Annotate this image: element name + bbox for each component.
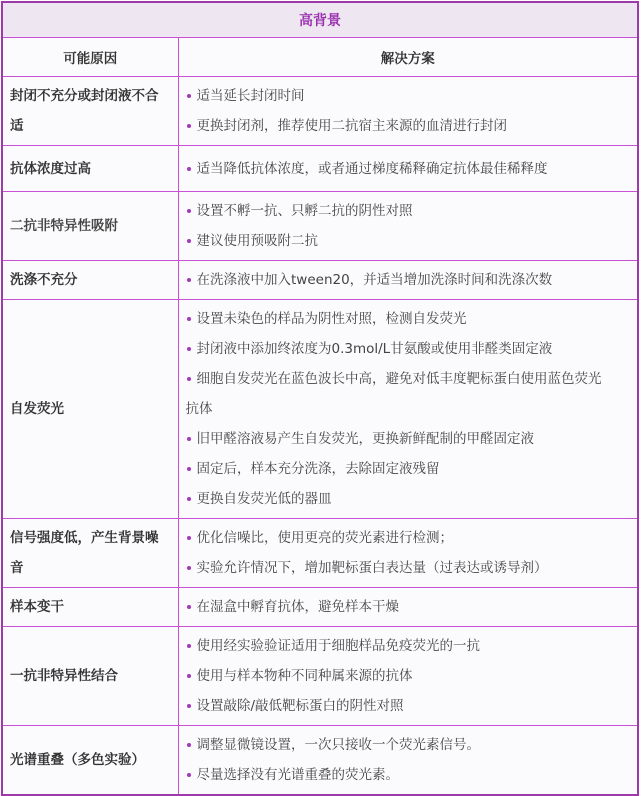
solution-cell: 适当降低抗体浓度，或者通过梯度稀释确定抗体最佳稀释度 [178, 146, 638, 192]
solution-cell: 使用经实验验证适用于细胞样品免疫荧光的一抗 使用与样本物种不同种属来源的抗体 设… [178, 627, 638, 721]
table-row: 二抗非特异性吸附 设置不孵一抗、只孵二抗的阴性对照 建议使用预吸附二抗 [2, 192, 638, 261]
table-row: 封闭不充分或封闭液不合适 适当延长封闭时间 更换封闭剂，推荐使用二抗宿主来源的血… [2, 77, 638, 146]
solution-item: 设置未染色的样品为阴性对照，检测自发荧光 [186, 304, 631, 334]
solution-item: 适当延长封闭时间 [186, 81, 631, 111]
solution-item: 设置不孵一抗、只孵二抗的阴性对照 [186, 196, 631, 226]
table-row: 抗体浓度过高 适当降低抗体浓度，或者通过梯度稀释确定抗体最佳稀释度 [2, 146, 638, 192]
high-background-troubleshooting-table: 高背景 可能原因 解决方案 封闭不充分或封闭液不合适 适当延长封闭时间 更换封闭… [1, 1, 639, 720]
table-header-row: 可能原因 解决方案 [2, 38, 638, 77]
solution-item: 优化信噪比，使用更亮的荧光素进行检测； [186, 523, 631, 553]
cause-cell: 洗涤不充分 [2, 261, 178, 300]
solution-item: 使用与样本物种不同种属来源的抗体 [186, 661, 631, 691]
solution-cell: 在洗涤液中加入tween20，并适当增加洗涤时间和洗涤次数 [178, 261, 638, 300]
solution-item: 固定后，样本充分洗涤，去除固定液残留 [186, 454, 631, 484]
solution-item: 更换自发荧光低的器皿 [186, 484, 631, 514]
solution-cell: 适当延长封闭时间 更换封闭剂，推荐使用二抗宿主来源的血清进行封闭 [178, 77, 638, 146]
solution-item: 实验允许情况下，增加靶标蛋白表达量（过表达或诱导剂） [186, 553, 631, 583]
cause-cell: 二抗非特异性吸附 [2, 192, 178, 261]
table-row: 样本变干 在湿盒中孵育抗体，避免样本干燥 [2, 588, 638, 627]
solution-item-continuation: 抗体 [186, 394, 631, 424]
cause-cell: 抗体浓度过高 [2, 146, 178, 192]
solution-item: 建议使用预吸附二抗 [186, 226, 631, 256]
solution-cell: 在湿盒中孵育抗体，避免样本干燥 [178, 588, 638, 627]
solution-item: 在洗涤液中加入tween20，并适当增加洗涤时间和洗涤次数 [186, 265, 631, 295]
table-row: 洗涤不充分 在洗涤液中加入tween20，并适当增加洗涤时间和洗涤次数 [2, 261, 638, 300]
table-title-row: 高背景 [2, 2, 638, 38]
table-title: 高背景 [2, 2, 638, 38]
solution-item: 更换封闭剂，推荐使用二抗宿主来源的血清进行封闭 [186, 111, 631, 141]
cause-cell: 信号强度低，产生背景噪音 [2, 519, 178, 588]
solution-item: 旧甲醛溶液易产生自发荧光，更换新鲜配制的甲醛固定液 [186, 424, 631, 454]
solution-item: 在湿盒中孵育抗体，避免样本干燥 [186, 592, 631, 622]
solution-cell: 设置未染色的样品为阴性对照，检测自发荧光 封闭液中添加终浓度为0.3mol/L甘… [178, 300, 638, 519]
header-solution: 解决方案 [178, 38, 638, 77]
solution-item: 封闭液中添加终浓度为0.3mol/L甘氨酸或使用非醛类固定液 [186, 334, 631, 364]
solution-cell: 设置不孵一抗、只孵二抗的阴性对照 建议使用预吸附二抗 [178, 192, 638, 261]
header-cause: 可能原因 [2, 38, 178, 77]
cause-cell: 自发荧光 [2, 300, 178, 519]
solution-item: 设置敲除/敲低靶标蛋白的阴性对照 [186, 691, 631, 720]
table-row: 一抗非特异性结合 使用经实验验证适用于细胞样品免疫荧光的一抗 使用与样本物种不同… [2, 627, 638, 721]
solution-item: 细胞自发荧光在蓝色波长中高，避免对低丰度靶标蛋白使用蓝色荧光 [186, 364, 631, 394]
solution-item: 使用经实验验证适用于细胞样品免疫荧光的一抗 [186, 631, 631, 661]
cause-cell: 一抗非特异性结合 [2, 627, 178, 721]
cause-cell: 封闭不充分或封闭液不合适 [2, 77, 178, 146]
cause-cell: 样本变干 [2, 588, 178, 627]
solution-cell: 优化信噪比，使用更亮的荧光素进行检测； 实验允许情况下，增加靶标蛋白表达量（过表… [178, 519, 638, 588]
solution-item: 适当降低抗体浓度，或者通过梯度稀释确定抗体最佳稀释度 [186, 154, 631, 184]
table-row: 信号强度低，产生背景噪音 优化信噪比，使用更亮的荧光素进行检测； 实验允许情况下… [2, 519, 638, 588]
table-row: 自发荧光 设置未染色的样品为阴性对照，检测自发荧光 封闭液中添加终浓度为0.3m… [2, 300, 638, 519]
